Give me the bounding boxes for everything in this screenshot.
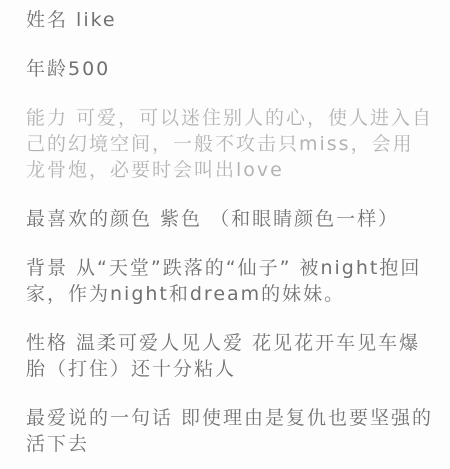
profile-background-paragraph: 背景 从“天堂”跌落的“仙子” 被night抱回家，作为night和dream的… [26, 255, 434, 307]
profile-ability-paragraph: 能力 可爱，可以迷住别人的心，使人进入自己的幻境空间，一般不攻击只miss，会用… [26, 105, 434, 183]
profile-age-line: 年龄500 [26, 56, 434, 82]
profile-favorite-color-line: 最喜欢的颜色 紫色 （和眼睛颜色一样） [26, 206, 434, 232]
profile-name-line: 姓名 like [26, 7, 434, 33]
character-profile-document: 姓名 like 年龄500 能力 可爱，可以迷住别人的心，使人进入自己的幻境空间… [0, 0, 450, 469]
profile-personality-paragraph: 性格 温柔可爱人见人爱 花见花开车见车爆胎（打住）还十分粘人 [26, 330, 434, 382]
profile-quote-paragraph: 最爱说的一句话 即使理由是复仇也要坚强的活下去 [26, 405, 434, 457]
